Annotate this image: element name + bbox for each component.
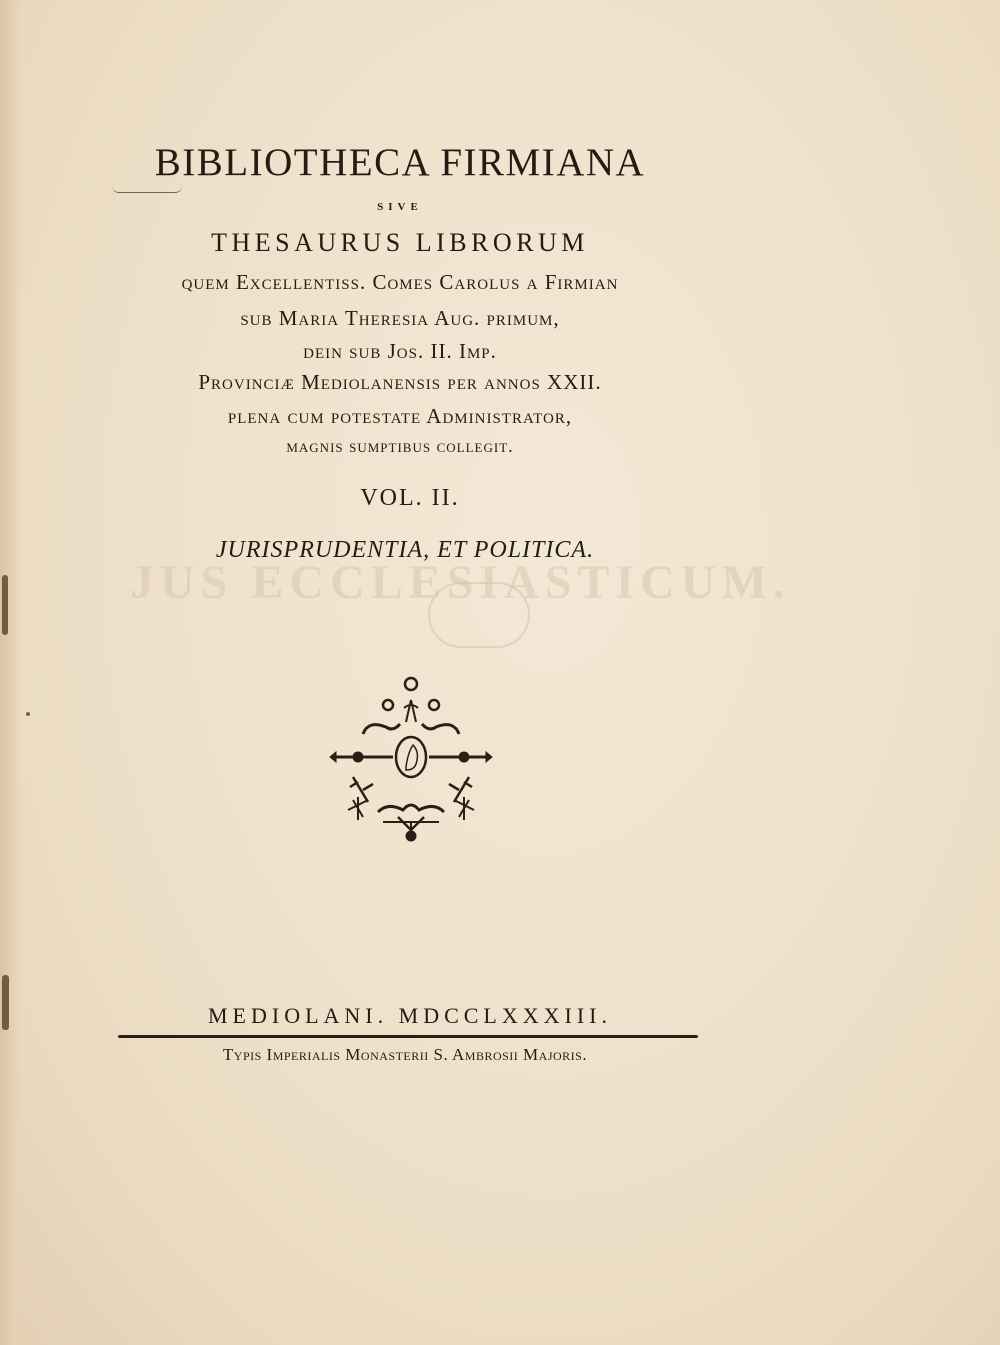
description-line: plena cum potestate Administrator, [0, 404, 900, 429]
imprint-place-date: MEDIOLANI. MDCCLXXXIII. [0, 1003, 910, 1029]
volume-number: VOL. II. [0, 485, 910, 512]
library-stamp-ghost [428, 582, 530, 648]
description-line: dein sub Jos. II. Imp. [0, 339, 900, 364]
printer-ornament-icon [328, 672, 494, 844]
edge-stain [2, 575, 8, 635]
book-subtitle: THESAURUS LIBRORUM [0, 228, 900, 258]
printer-line: Typis Imperialis Monasterii S. Ambrosii … [0, 1045, 905, 1065]
description-line: magnis sumptibus collegit. [0, 436, 900, 457]
title-connector: SIVE [0, 201, 900, 213]
speck [26, 712, 30, 716]
pencil-mark [112, 186, 182, 193]
description-line: Provinciæ Mediolanensis per annos XXII. [0, 370, 900, 395]
book-title: BIBLIOTHECA FIRMIANA [0, 140, 900, 185]
description-line: quem Excellentiss. Comes Carolus a Firmi… [0, 270, 900, 295]
description-line: sub Maria Theresia Aug. primum, [0, 306, 900, 331]
imprint-rule [118, 1035, 698, 1038]
